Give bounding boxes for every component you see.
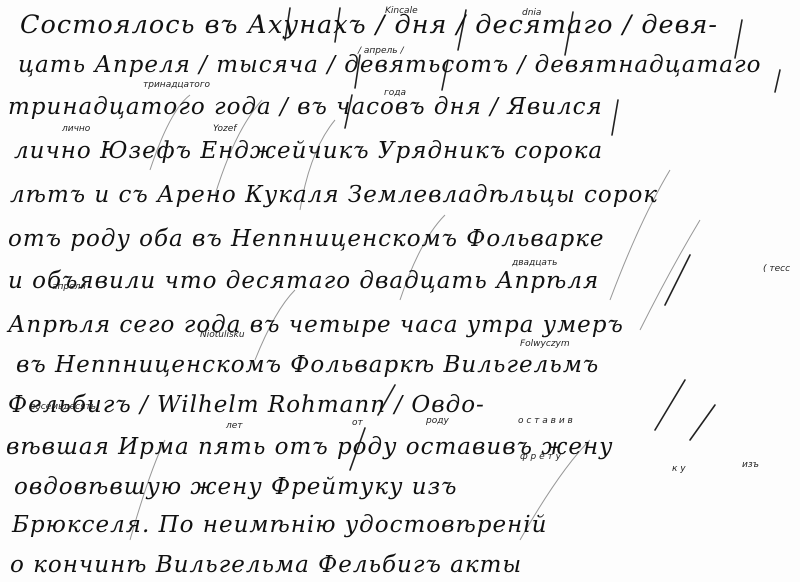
handwritten-line: лично Юзефъ Енджейчикъ Урядникъ сорока	[14, 138, 603, 164]
annotation: dnia	[522, 8, 541, 18]
annotation: Yozef	[213, 124, 236, 134]
handwritten-line: лѣтъ и съ Арено Кукаля Землевладѣльцы со…	[10, 182, 658, 208]
annotation: года	[384, 88, 406, 98]
annotation: о с т а в и в	[518, 416, 573, 426]
handwritten-line: тринадцатого года / въ часовъ дня / Явил…	[8, 94, 603, 120]
annotation: лет	[226, 421, 243, 431]
annotation: Kincale	[385, 6, 418, 16]
annotation: апреля	[52, 282, 86, 292]
handwritten-line: Брюкселя. По неимѣнію удостовѣреній	[12, 512, 547, 538]
annotation: лично	[62, 124, 90, 134]
handwritten-line: и объявили что десятаго двадцать Апрѣля	[8, 268, 599, 294]
annotation: двадцать	[512, 258, 557, 268]
handwritten-line: Состоялось въ Ахунахъ / дня / десятаго /…	[20, 10, 718, 39]
annotation: восемьдесять	[30, 402, 96, 412]
handwritten-line: отъ роду оба въ Неппниценскомъ Фольварке	[8, 226, 605, 252]
document-scan: Состоялось въ Ахунахъ / дня / десятаго /…	[0, 0, 800, 582]
annotation: изъ	[742, 460, 759, 470]
annotation: роду	[426, 416, 449, 426]
annotation: ф р е т у	[520, 452, 561, 462]
handwritten-line: Апрѣля сего года въ четыре часа утра уме…	[8, 312, 624, 338]
annotation: Niotulisku	[200, 330, 245, 340]
annotation: Folwyczym	[520, 339, 570, 349]
annotation: к у	[672, 464, 686, 474]
annotation: от	[352, 418, 363, 428]
handwritten-line: о кончинѣ Вильгельма Фельбигъ акты	[10, 552, 522, 578]
handwritten-line: въ Неппниценскомъ Фольваркѣ Вильгельмъ	[16, 352, 599, 378]
annotation: тринадцатого	[143, 80, 210, 90]
handwritten-line: овдовѣвшую жену Фрейтуку изъ	[14, 474, 457, 500]
annotation: / апрель /	[358, 46, 404, 56]
annotation: ( тесс	[763, 264, 790, 274]
